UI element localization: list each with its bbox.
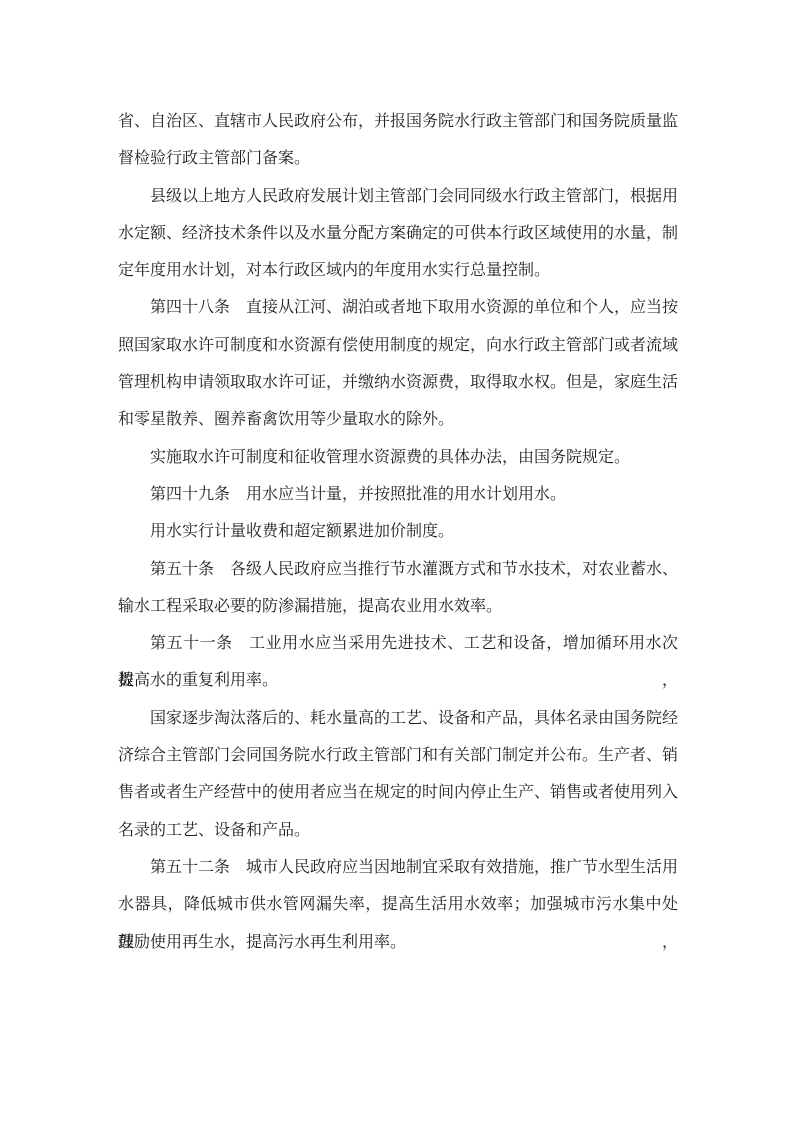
text-line: 照国家取水许可制度和水资源有偿使用制度的规定，向水行政主管部门或者流域 (118, 327, 678, 364)
text-line: 第四十九条 用水应当计量，并按照批准的用水计划用水。 (118, 476, 678, 513)
text-line: 县级以上地方人民政府发展计划主管部门会同同级水行政主管部门，根据用 (118, 178, 678, 215)
document-page: 省、自治区、直辖市人民政府公布，并报国务院水行政主管部门和国务院质量监督检验行政… (0, 0, 793, 1122)
text-line: 省、自治区、直辖市人民政府公布，并报国务院水行政主管部门和国务院质量监 (118, 103, 678, 140)
text-line: 第五十二条 城市人民政府应当因地制宜采取有效措施，推广节水型生活用 (118, 849, 678, 886)
paragraph: 县级以上地方人民政府发展计划主管部门会同同级水行政主管部门，根据用水定额、经济技… (118, 178, 678, 290)
text-line: 第五十一条 工业用水应当采用先进技术、工艺和设备，增加循环用水次数， (118, 625, 678, 662)
text-line: 输水工程采取必要的防渗漏措施，提高农业用水效率。 (118, 588, 678, 625)
paragraph: 第四十九条 用水应当计量，并按照批准的用水计划用水。 (118, 476, 678, 513)
text-line: 定年度用水计划，对本行政区域内的年度用水实行总量控制。 (118, 252, 678, 289)
paragraph: 第四十八条 直接从江河、湖泊或者地下取用水资源的单位和个人，应当按照国家取水许可… (118, 289, 678, 438)
text-line: 售者或者生产经营中的使用者应当在规定的时间内停止生产、销售或者使用列入 (118, 774, 678, 811)
paragraph: 实施取水许可制度和征收管理水资源费的具体办法，由国务院规定。 (118, 439, 678, 476)
paragraph: 第五十一条 工业用水应当采用先进技术、工艺和设备，增加循环用水次数，提高水的重复… (118, 625, 678, 700)
text-line: 督检验行政主管部门备案。 (118, 140, 678, 177)
paragraph: 第五十条 各级人民政府应当推行节水灌溉方式和节水技术，对农业蓄水、输水工程采取必… (118, 551, 678, 626)
text-line: 实施取水许可制度和征收管理水资源费的具体办法，由国务院规定。 (118, 439, 678, 476)
text-line: 水定额、经济技术条件以及水量分配方案确定的可供本行政区域使用的水量，制 (118, 215, 678, 252)
text-line: 第五十条 各级人民政府应当推行节水灌溉方式和节水技术，对农业蓄水、 (118, 551, 678, 588)
text-line: 管理机构申请领取取水许可证，并缴纳水资源费，取得取水权。但是，家庭生活 (118, 364, 678, 401)
paragraph: 省、自治区、直辖市人民政府公布，并报国务院水行政主管部门和国务院质量监督检验行政… (118, 103, 678, 178)
text-line: 名录的工艺、设备和产品。 (118, 812, 678, 849)
text-line: 国家逐步淘汰落后的、耗水量高的工艺、设备和产品，具体名录由国务院经 (118, 700, 678, 737)
text-line: 济综合主管部门会同国务院水行政主管部门和有关部门制定并公布。生产者、销 (118, 737, 678, 774)
paragraph: 第五十二条 城市人民政府应当因地制宜采取有效措施，推广节水型生活用水器具，降低城… (118, 849, 678, 961)
paragraph: 用水实行计量收费和超定额累进加价制度。 (118, 513, 678, 550)
text-line: 和零星散养、圈养畜禽饮用等少量取水的除外。 (118, 401, 678, 438)
document-body: 省、自治区、直辖市人民政府公布，并报国务院水行政主管部门和国务院质量监督检验行政… (118, 103, 678, 961)
paragraph: 国家逐步淘汰落后的、耗水量高的工艺、设备和产品，具体名录由国务院经济综合主管部门… (118, 700, 678, 849)
text-line: 水器具，降低城市供水管网漏失率，提高生活用水效率；加强城市污水集中处理， (118, 886, 678, 923)
text-line: 第四十八条 直接从江河、湖泊或者地下取用水资源的单位和个人，应当按 (118, 289, 678, 326)
text-line: 用水实行计量收费和超定额累进加价制度。 (118, 513, 678, 550)
